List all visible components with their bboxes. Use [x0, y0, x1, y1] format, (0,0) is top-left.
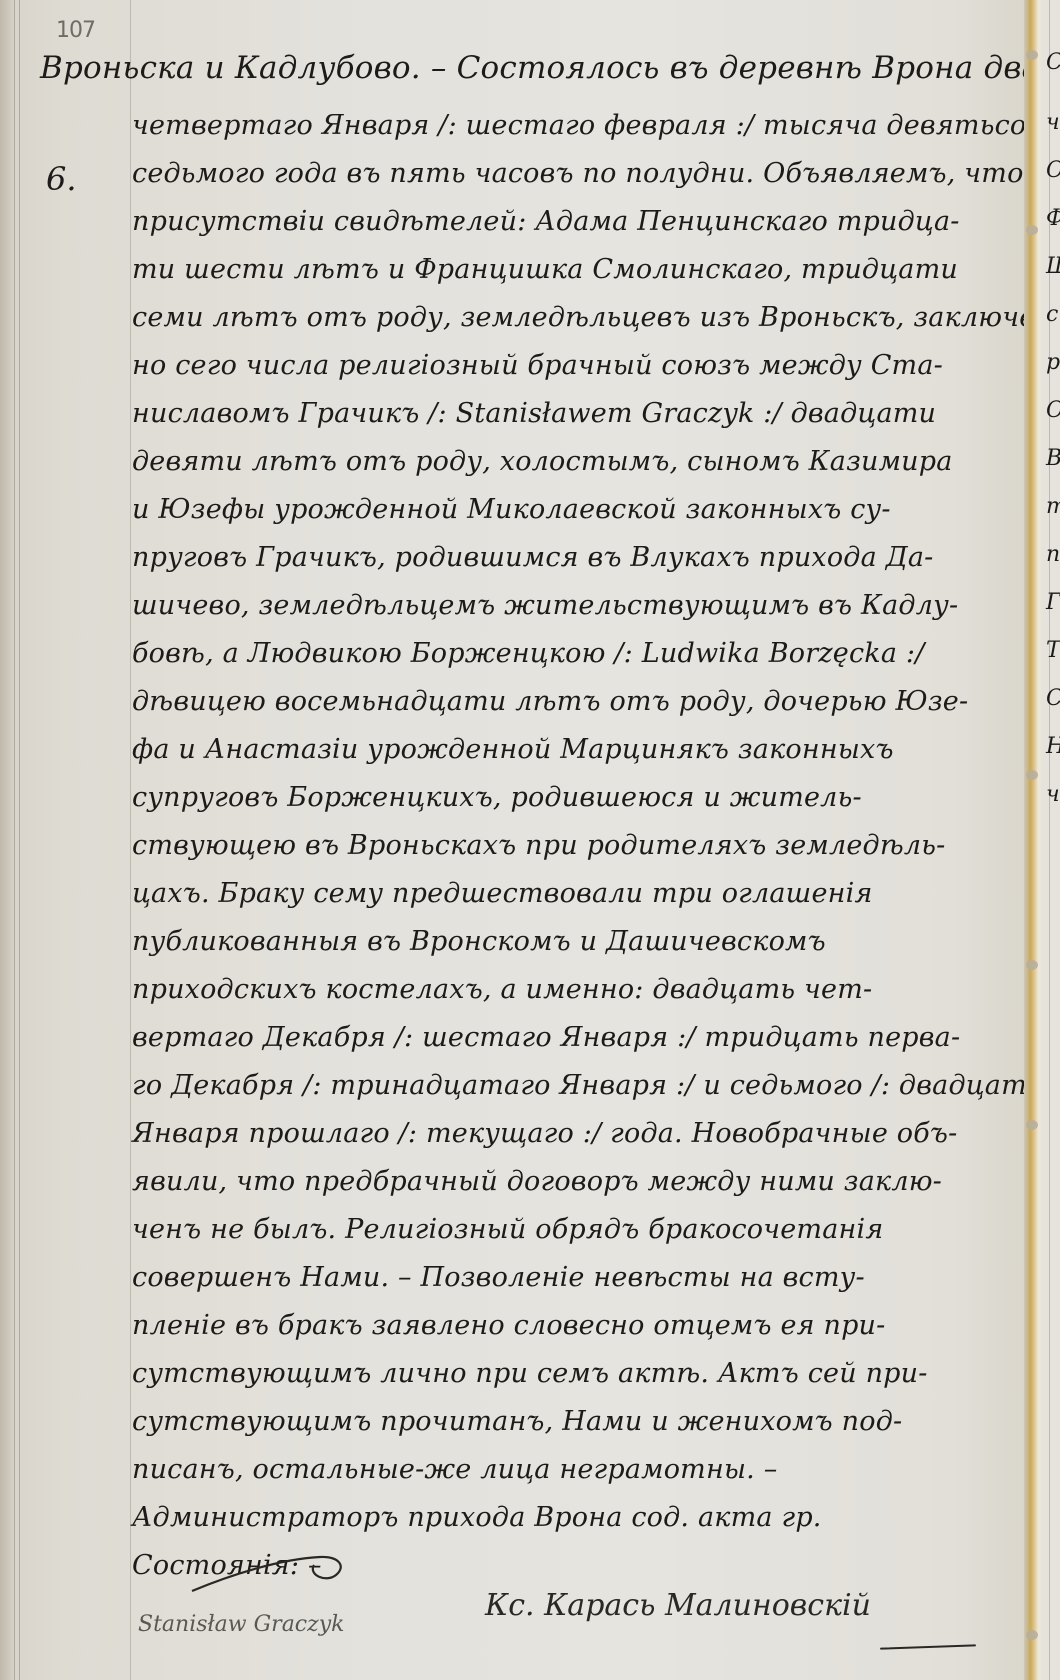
adjacent-page	[1042, 0, 1060, 1680]
adjacent-page-fragment: О	[1046, 398, 1060, 423]
text-line: ниславомъ Грачикъ /: Stanisławem Graczyk…	[132, 398, 936, 429]
text-line: пленіе въ бракъ заявлено словесно отцемъ…	[132, 1310, 885, 1341]
adjacent-page-fragment: О	[1046, 158, 1060, 183]
text-line: приходскихъ костелахъ, а именно: двадцат…	[132, 974, 872, 1005]
page-edge	[0, 0, 14, 1680]
text-line: и Юзефы урожденной Миколаевской законных…	[132, 494, 891, 525]
adjacent-page-fragment: т	[1046, 494, 1060, 519]
adjacent-page-fragment: Г	[1046, 590, 1060, 615]
text-line: ствующею въ Вроньскахъ при родителяхъ зе…	[132, 830, 945, 861]
text-line: совершенъ Нами. – Позволеніе невѣсты на …	[132, 1262, 865, 1293]
text-line: Января прошлаго /: текущаго :/ года. Нов…	[132, 1118, 957, 1149]
text-line: седьмого года въ пять часовъ по полудни.…	[132, 158, 1060, 189]
text-line: сутствующимъ прочитанъ, Нами и женихомъ …	[132, 1406, 902, 1437]
binding-gutter	[1024, 0, 1042, 1680]
priest-signature: Кс. Карась Малиновскій	[485, 1588, 871, 1623]
adjacent-page-fragment: п	[1046, 542, 1060, 567]
text-line: ченъ не былъ. Религіозный обрядъ бракосо…	[132, 1214, 883, 1245]
adjacent-page-fragment: С	[1046, 686, 1060, 711]
margin-rule	[14, 0, 15, 1680]
groom-signature: Stanisław Graczyk	[138, 1612, 344, 1637]
text-line: писанъ, остальные-же лица неграмотны. –	[132, 1454, 777, 1485]
adjacent-page-fragment: ч	[1046, 782, 1060, 807]
text-line: пруговъ Грачикъ, родившимся въ Влукахъ п…	[132, 542, 933, 573]
margin-rule	[19, 0, 20, 1680]
text-line: дѣвицею восемьнадцати лѣтъ отъ роду, доч…	[132, 686, 968, 717]
adjacent-page-fragment: р	[1046, 350, 1060, 375]
flourish-icon	[190, 1545, 350, 1595]
adjacent-page-fragment: Т	[1046, 638, 1060, 663]
text-line: супруговъ Борженцкихъ, родившеюся и жите…	[132, 782, 862, 813]
binding-stitch	[1026, 225, 1038, 235]
text-line: фа и Анастазіи урожденной Марцинякъ зако…	[132, 734, 894, 765]
adjacent-page-fragment: Ф	[1046, 206, 1060, 231]
text-line: шичево, земледѣльцемъ жительствующимъ въ…	[132, 590, 958, 621]
binding-stitch	[1026, 1120, 1038, 1130]
adjacent-page-fragment: В	[1046, 446, 1060, 471]
text-line: го Декабря /: тринадцатаго Января :/ и с…	[132, 1070, 1060, 1101]
binding-stitch	[1026, 50, 1038, 60]
text-line: но сего числа религіозный брачный союзъ …	[132, 350, 943, 381]
text-line: публикованныя въ Вронскомъ и Дашичевском…	[132, 926, 826, 957]
adjacent-page-fragment: с	[1046, 302, 1058, 327]
document-scan: 107 6. Вроньска и Кадлубово. – Состоялос…	[0, 0, 1060, 1680]
text-line: семи лѣтъ отъ роду, земледѣльцевъ изъ Вр…	[132, 302, 1045, 333]
text-line: вертаго Декабря /: шестаго Января :/ три…	[132, 1022, 960, 1053]
margin-rule	[130, 0, 131, 1680]
text-line: сутствующимъ лично при семъ актѣ. Актъ с…	[132, 1358, 928, 1389]
text-line: девяти лѣтъ отъ роду, холостымъ, сыномъ …	[132, 446, 953, 477]
adjacent-page-fragment: Ш	[1046, 254, 1060, 279]
entry-number: 6.	[46, 160, 77, 198]
folio-number: 107	[56, 18, 95, 43]
text-line: ти шести лѣтъ и Францишка Смолинскаго, т…	[132, 254, 958, 285]
text-line: присутствіи свидѣтелей: Адама Пенцинскаг…	[132, 206, 960, 237]
adjacent-page-fragment: Н	[1046, 734, 1060, 759]
text-line: бовѣ, а Людвикою Борженцкою /: Ludwika B…	[132, 638, 925, 669]
binding-stitch	[1026, 1630, 1038, 1640]
record-heading: Вроньска и Кадлубово. – Состоялось въ де…	[40, 50, 1060, 86]
text-line: явили, что предбрачный договоръ между ни…	[132, 1166, 942, 1197]
adjacent-page-fragment: ч	[1046, 110, 1060, 135]
binding-stitch	[1026, 770, 1038, 780]
text-line: четвертаго Января /: шестаго февраля :/ …	[132, 110, 1060, 141]
text-line: Администраторъ прихода Вронa сод. акта г…	[132, 1502, 822, 1533]
binding-stitch	[1026, 960, 1038, 970]
text-line: цахъ. Браку сему предшествовали три огла…	[132, 878, 873, 909]
adjacent-page-fragment: С	[1046, 50, 1060, 75]
adjacent-page-rule	[1049, 0, 1050, 1680]
signature-underline	[880, 1644, 976, 1649]
